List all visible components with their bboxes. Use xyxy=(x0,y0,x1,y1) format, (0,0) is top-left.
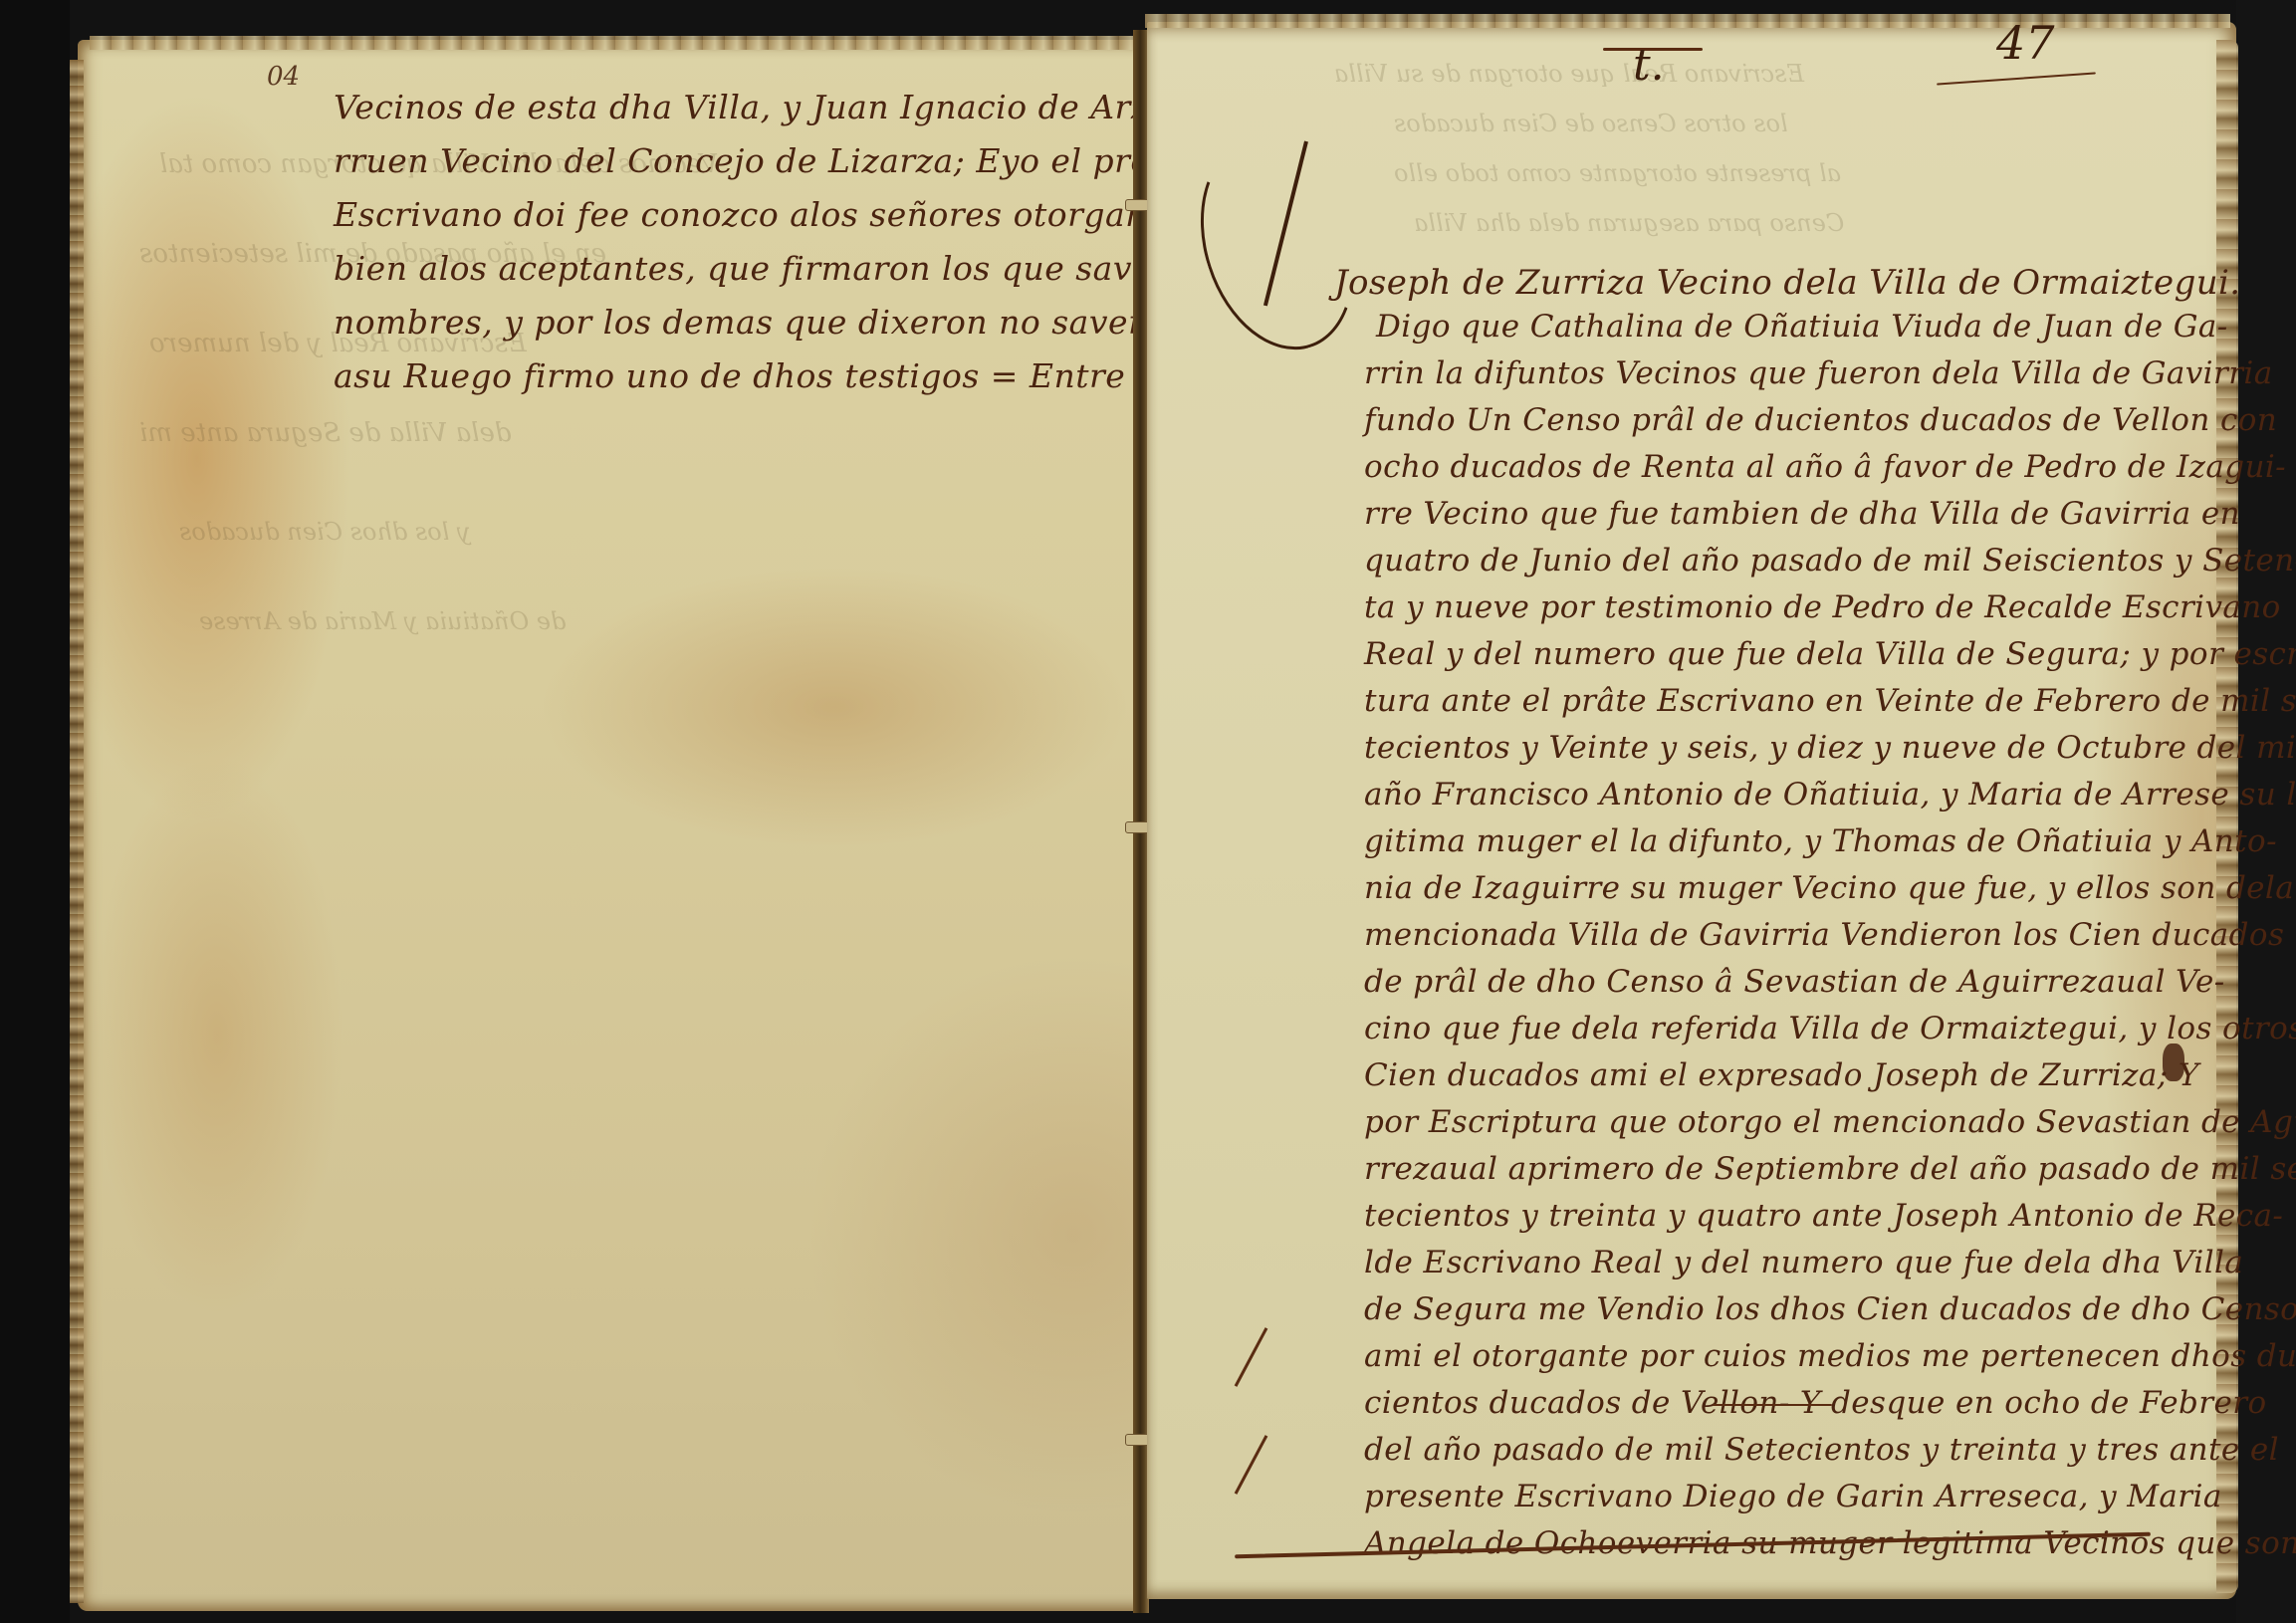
scan-viewer: Vecinos dela dha Villa qe otorgan como t… xyxy=(0,0,2296,1623)
right-line-8: ta y nueve por testimonio de Pedro de Re… xyxy=(1364,589,2281,625)
right-line-22: lde Escrivano Real y del numero que fue … xyxy=(1364,1245,2243,1280)
right-page-top-edge xyxy=(1145,14,2230,28)
right-line-9: Real y del numero que fue dela Villa de … xyxy=(1364,636,2296,672)
right-line-18: Cien ducados ami el expresado Joseph de … xyxy=(1364,1057,2199,1093)
right-line-11: tecientos y Veinte y seis, y diez y nuev… xyxy=(1364,730,2296,766)
right-line-4: fundo Un Censo prâl de ducientos ducados… xyxy=(1364,402,2277,438)
right-line-16: de prâl de dho Censo â Sevastian de Agui… xyxy=(1364,964,2225,1000)
right-line-3: rrin la difuntos Vecinos que fueron dela… xyxy=(1364,355,2273,391)
ink-blot xyxy=(2163,1043,2184,1081)
bleed-through-text: Censo para aseguran dela dha Villa xyxy=(1414,209,1844,237)
right-line-1: Joseph de Zurriza Vecino dela Villa de O… xyxy=(1334,263,2241,303)
left-line-2: rruen Vecino del Concejo de Lizarza; Eyo… xyxy=(334,141,1243,180)
bleed-through-text: al presente otorgante como todo ello xyxy=(1394,159,1841,187)
right-folio-number: 47 xyxy=(1996,16,2055,70)
right-line-5: ocho ducados de Renta al año â favor de … xyxy=(1364,449,2286,485)
right-line-19: por Escriptura que otorgo el mencionado … xyxy=(1364,1104,2296,1140)
right-line-21: tecientos y treinta y quatro ante Joseph… xyxy=(1364,1198,2283,1234)
left-page-top-edge xyxy=(90,36,1135,50)
right-line-13: gitima muger el la difunto, y Thomas de … xyxy=(1364,823,2277,859)
right-line-2: Digo que Cathalina de Oñatiuia Viuda de … xyxy=(1376,309,2228,345)
bleed-through-text: dela Villa de Segura ante mi xyxy=(139,418,512,448)
right-line-6: rre Vecino que fue tambien de dha Villa … xyxy=(1364,496,2240,532)
left-folio-number: 04 xyxy=(267,62,300,92)
right-line-20: rrezaual aprimero de Septiembre del año … xyxy=(1364,1151,2296,1187)
right-line-14: nia de Izaguirre su muger Vecino que fue… xyxy=(1364,870,2294,906)
right-line-26: del año pasado de mil Setecientos y trei… xyxy=(1364,1432,2279,1468)
right-line-15: mencionada Villa de Gavirria Vendieron l… xyxy=(1364,917,2284,953)
right-line-25: cientos ducados de Vellon- Y desque en o… xyxy=(1364,1385,2267,1421)
right-line-23: de Segura me Vendio los dhos Cien ducado… xyxy=(1364,1291,2296,1327)
bleed-through-text: los otros Censo de Cien ducados xyxy=(1394,110,1788,137)
bleed-through-text: Escrivano Real que otorgan de su Villa xyxy=(1334,60,1804,88)
left-page-frayed-edge xyxy=(70,60,84,1603)
right-line-17: cino que fue dela referida Villa de Orma… xyxy=(1364,1011,2296,1046)
right-line-7: quatro de Junio del año pasado de mil Se… xyxy=(1364,543,2296,579)
right-line-12: año Francisco Antonio de Oñatiuia, y Mar… xyxy=(1364,777,2296,812)
right-line-27: presente Escrivano Diego de Garin Arrese… xyxy=(1364,1479,2222,1514)
background-left xyxy=(0,0,70,1623)
header-mark: t. xyxy=(1633,40,1665,91)
bleed-through-text: y los dhos Cien ducados xyxy=(179,518,471,546)
bleed-through-text: de Oñatiuia y Maria de Arrese xyxy=(199,607,566,635)
strikethrough-mark xyxy=(1713,1404,1832,1406)
right-line-24: ami el otorgante por cuios medios me per… xyxy=(1364,1338,2296,1374)
left-line-1: Vecinos de esta dha Villa, y Juan Ignaci… xyxy=(334,88,1169,126)
right-line-10: tura ante el prâte Escrivano en Veinte d… xyxy=(1364,683,2296,719)
